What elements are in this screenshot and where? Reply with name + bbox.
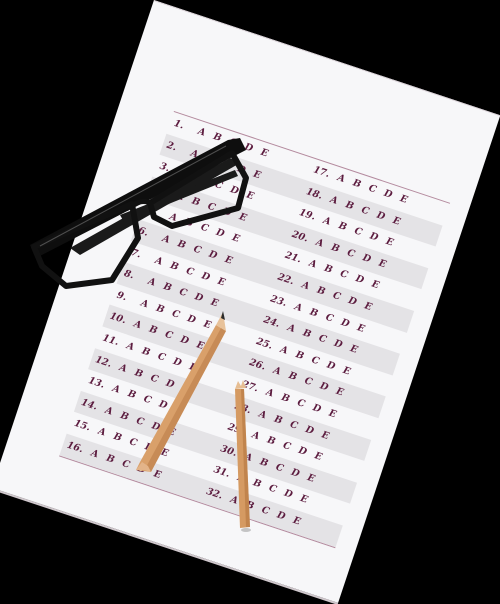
answer-option-c: C — [210, 174, 227, 199]
answer-option-b: B — [137, 340, 154, 365]
answer-option-e: E — [184, 356, 201, 381]
answer-option-b: B — [298, 322, 315, 347]
answer-option-b: B — [313, 280, 330, 305]
answer-option-c: C — [257, 499, 274, 524]
answer-option-e: E — [249, 163, 266, 188]
answer-option-c: C — [335, 263, 352, 288]
answer-option-e: E — [206, 292, 223, 317]
answer-option-b: B — [348, 172, 365, 197]
answer-option-e: E — [317, 424, 334, 449]
answer-option-e: E — [192, 335, 209, 360]
answer-option-e: E — [227, 227, 244, 252]
answer-option-c: C — [264, 478, 281, 503]
answer-option-d: D — [358, 247, 375, 272]
answer-option-d: D — [273, 504, 290, 529]
answer-option-b: B — [327, 237, 344, 262]
answer-option-e: E — [199, 313, 216, 338]
answer-option-c: C — [146, 367, 163, 392]
answer-option-c: C — [167, 303, 184, 328]
answer-option-d: D — [372, 204, 389, 229]
answer-option-d: D — [140, 437, 157, 462]
answer-option-d: D — [169, 351, 186, 376]
answer-option-d: D — [315, 376, 332, 401]
answer-option-b: B — [195, 169, 212, 194]
answer-option-d: D — [308, 397, 325, 422]
answer-option-c: C — [293, 392, 310, 417]
answer-option-e: E — [241, 184, 258, 209]
answer-option-c: C — [189, 238, 206, 263]
answer-option-e: E — [395, 188, 412, 213]
answer-option-d: D — [344, 290, 361, 315]
answer-option-c: C — [314, 328, 331, 353]
answer-option-e: E — [220, 249, 237, 274]
answer-option-b: B — [305, 301, 322, 326]
answer-option-c: C — [307, 349, 324, 374]
answer-option-b: B — [152, 298, 169, 323]
answer-option-d: D — [147, 415, 164, 440]
answer-option-b: B — [256, 451, 273, 476]
answer-option-b: B — [187, 190, 204, 215]
answer-option-c: C — [174, 281, 191, 306]
answer-option-e: E — [288, 510, 305, 535]
answer-option-d: D — [240, 136, 257, 161]
answer-option-e: E — [345, 338, 362, 363]
answer-option-b: B — [130, 362, 147, 387]
answer-option-d: D — [183, 308, 200, 333]
answer-option-b: B — [291, 344, 308, 369]
answer-option-e: E — [170, 399, 187, 424]
answer-option-e: E — [302, 467, 319, 492]
answer-option-d: D — [301, 419, 318, 444]
answer-option-e: E — [388, 209, 405, 234]
answer-option-c: C — [132, 410, 149, 435]
answer-option-c: C — [364, 178, 381, 203]
answer-option-e: E — [295, 488, 312, 513]
answer-option-c: C — [285, 413, 302, 438]
answer-option-e: E — [352, 317, 369, 342]
answer-option-d: D — [322, 354, 339, 379]
answer-option-b: B — [202, 147, 219, 172]
photo-scene: 1.ABCDE17.ABCDE2.ABCDE18.ABCDE3.ABCDE19.… — [0, 0, 500, 604]
answer-option-b: B — [241, 494, 258, 519]
answer-option-b: B — [341, 194, 358, 219]
answer-option-b: B — [145, 319, 162, 344]
answer-option-e: E — [163, 420, 180, 445]
answer-option-b: B — [334, 215, 351, 240]
answer-option-e: E — [256, 142, 273, 167]
answer-option-e: E — [234, 206, 251, 231]
answer-option-d: D — [337, 311, 354, 336]
answer-option-c: C — [224, 131, 241, 156]
answer-option-e: E — [367, 274, 384, 299]
answer-option-b: B — [116, 405, 133, 430]
answer-option-d: D — [294, 440, 311, 465]
answer-option-c: C — [196, 217, 213, 242]
answer-option-d: D — [219, 201, 236, 226]
answer-option-b: B — [263, 430, 280, 455]
answer-option-c: C — [139, 389, 156, 414]
answer-option-e: E — [331, 381, 348, 406]
answer-option-d: D — [212, 222, 229, 247]
answer-option-c: C — [125, 431, 142, 456]
answer-option-e: E — [360, 295, 377, 320]
answer-option-c: C — [321, 306, 338, 331]
answer-option-b: B — [284, 365, 301, 390]
answer-option-e: E — [149, 463, 166, 488]
answer-option-b: B — [173, 233, 190, 258]
answer-option-d: D — [133, 458, 150, 483]
answer-option-c: C — [278, 435, 295, 460]
answer-option-c: C — [203, 196, 220, 221]
answer-option-d: D — [351, 269, 368, 294]
answer-option-b: B — [248, 473, 265, 498]
answer-option-c: C — [357, 199, 374, 224]
answer-option-c: C — [350, 220, 367, 245]
answer-option-c: C — [343, 242, 360, 267]
answer-option-d: D — [226, 179, 243, 204]
answer-option-d: D — [330, 333, 347, 358]
answer-option-d: D — [176, 329, 193, 354]
answer-option-d: D — [190, 286, 207, 311]
answer-option-c: C — [160, 324, 177, 349]
answer-option-e: E — [310, 445, 327, 470]
answer-grid: 1.ABCDE17.ABCDE2.ABCDE18.ABCDE3.ABCDE19.… — [59, 111, 450, 548]
answer-option-d: D — [380, 183, 397, 208]
answer-option-b: B — [320, 258, 337, 283]
answer-option-e: E — [324, 402, 341, 427]
answer-option-d: D — [233, 158, 250, 183]
answer-option-b: B — [102, 448, 119, 473]
answer-sheet: 1.ABCDE17.ABCDE2.ABCDE18.ABCDE3.ABCDE19.… — [0, 0, 500, 603]
answer-option-c: C — [300, 371, 317, 396]
answer-option-e: E — [374, 252, 391, 277]
answer-option-b: B — [270, 408, 287, 433]
answer-option-b: B — [109, 426, 126, 451]
answer-option-d: D — [287, 462, 304, 487]
answer-option-b: B — [180, 212, 197, 237]
answer-option-b: B — [166, 255, 183, 280]
answer-option-d: D — [154, 394, 171, 419]
answer-option-d: D — [204, 244, 221, 269]
answer-option-e: E — [177, 377, 194, 402]
answer-option-c: C — [217, 153, 234, 178]
answer-option-c: C — [153, 346, 170, 371]
answer-option-e: E — [156, 442, 173, 467]
answer-option-b: B — [209, 126, 226, 151]
answer-option-d: D — [365, 226, 382, 251]
answer-option-b: B — [277, 387, 294, 412]
answer-option-c: C — [271, 456, 288, 481]
answer-option-c: C — [182, 260, 199, 285]
answer-option-b: B — [123, 383, 140, 408]
answer-option-c: C — [117, 453, 134, 478]
answer-option-c: C — [328, 285, 345, 310]
answer-option-b: B — [159, 276, 176, 301]
answer-option-e: E — [338, 360, 355, 385]
answer-option-d: D — [280, 483, 297, 508]
answer-option-d: D — [162, 372, 179, 397]
answer-option-e: E — [381, 231, 398, 256]
answer-option-d: D — [197, 265, 214, 290]
answer-option-e: E — [213, 270, 230, 295]
